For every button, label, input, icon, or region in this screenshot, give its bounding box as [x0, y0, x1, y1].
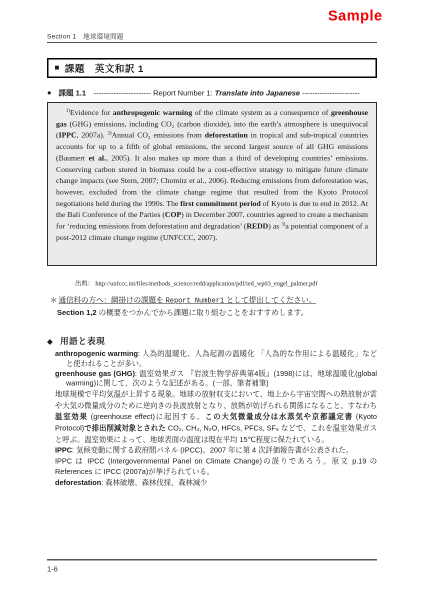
text-segment: で排出削減対象とされた — [84, 424, 166, 432]
text-segment: anthropogenic warming — [113, 109, 192, 118]
text-segment: of the climate system as a consequence o… — [192, 109, 331, 118]
note-line-1: ＊通信科の方へ：網掛けの課題を Report Number1 として提出してくだ… — [50, 295, 377, 308]
asterisk-marker: ＊ — [50, 296, 58, 305]
text-segment: 通信科の方へ：網掛けの課題を — [59, 296, 166, 305]
term-entry-deforestation: deforestation: 森林破壊、森林伐採、森林減少 — [55, 478, 377, 489]
source-url: http://unfccc.int/files/methods_science/… — [95, 280, 317, 287]
text-segment: Section 1,2 — [57, 309, 97, 318]
term-entry-ippc-continuation: IPPC は IPCC (Intergovernmental Panel on … — [55, 456, 377, 478]
text-segment: deforestation — [55, 479, 101, 487]
text-segment: greenhouse gas (GHG) — [55, 370, 135, 378]
text-segment: ----------------------- — [300, 89, 360, 98]
text-segment: Report Number1 — [166, 297, 225, 305]
diamond-bullet-icon: ◆ — [47, 338, 53, 347]
note-line-2: Section 1,2 の概要をつかんでから課題に取り組むことをおすすめします。 — [57, 307, 377, 319]
text-segment: 課題 1.1 — [59, 89, 87, 98]
assignment-label: 課題 1.1 ----------------------- Report Nu… — [59, 88, 360, 99]
circle-bullet-icon: ● — [47, 89, 52, 98]
source-line: 出典： http://unfccc.int/files/methods_scie… — [75, 279, 377, 288]
text-segment: : 気候変動に関する政府間パネル (IPCC)。2007 年に第 4 次評価報告… — [72, 447, 353, 455]
excerpt-paragraph: 1)Evidence for anthropogenic warming of … — [56, 108, 368, 244]
document-page: Sample Section 1 地球環境問題 ■ 課題 英文和訳 1 ● 課題… — [0, 0, 424, 600]
shaded-excerpt-box: 1)Evidence for anthropogenic warming of … — [47, 102, 377, 266]
terms-list: anthropogenic warming: 人為的温暖化、人為起源の温暖化 「… — [55, 350, 377, 489]
text-segment: : 森林破壊、森林伐採、森林減少 — [101, 479, 207, 487]
sample-watermark: Sample — [328, 8, 383, 25]
dictionary-quote: 地球規模で平均気温が上昇する現象。地球の放射収支において、地上から宇宙空間への熱… — [55, 389, 377, 445]
text-segment: IPPC は IPCC (Intergovernmental Panel on … — [55, 457, 377, 476]
text-segment: , 2007a). — [77, 131, 108, 140]
text-segment: Translate into Japanese — [215, 89, 300, 98]
text-segment: COP — [165, 211, 181, 220]
square-bullet-icon: ■ — [55, 64, 60, 73]
assignment-title: 課題 英文和訳 1 — [65, 61, 144, 75]
text-segment: 地球規模で平均気温が上昇する現象。地球の放射収支において、地上から宇宙空間への熱… — [55, 391, 377, 410]
term-entry-ippc: IPPC: 気候変動に関する政府間パネル (IPCC)。2007 年に第 4 次… — [55, 446, 377, 457]
terms-heading: ◆ 用語と表現 — [47, 334, 105, 347]
instruction-note: ＊通信科の方へ：網掛けの課題を Report Number1 として提出してくだ… — [50, 295, 377, 319]
text-segment: ) as — [268, 222, 281, 231]
assignment-title-box: ■ 課題 英文和訳 1 — [47, 58, 377, 78]
assignment-line: ● 課題 1.1 ----------------------- Report … — [47, 88, 377, 99]
terms-heading-label: 用語と表現 — [60, 337, 105, 347]
text-segment: first commitment period — [180, 199, 260, 208]
text-segment: ----------------------- Report Number 1: — [86, 89, 215, 98]
text-segment: として提出してください。 — [224, 296, 316, 305]
text-segment: Evidence for — [70, 109, 113, 118]
source-label: 出典： — [75, 280, 94, 287]
page-number: 1-6 — [47, 565, 58, 574]
text-segment: anthropogenic warming — [55, 350, 138, 358]
header-rule — [47, 42, 377, 43]
text-segment: REDD — [246, 222, 268, 231]
text-segment: IPPC — [55, 447, 72, 455]
text-segment: deforestation — [205, 131, 248, 140]
note-line-1-text: 通信科の方へ：網掛けの課題を Report Number1 として提出してくださ… — [59, 296, 317, 305]
section-header: Section 1 地球環境問題 — [47, 31, 377, 41]
term-entry-greenhouse-gas: greenhouse gas (GHG): 温室効果ガス 『岩波生物学辞典第4版… — [55, 369, 377, 389]
text-segment: IPPC — [59, 131, 77, 140]
text-segment: 温室効果 — [55, 413, 88, 421]
text-segment: この大気微量成分は水蒸気や京都議定書 — [205, 413, 353, 421]
text-segment: Annual CO₂ emissions from — [112, 131, 205, 140]
term-entry-anthropogenic-warming: anthropogenic warming: 人為的温暖化、人為起源の温暖化 「… — [55, 350, 377, 370]
footer-rule — [47, 559, 377, 561]
text-segment: の概要をつかんでから課題に取り組むことをおすすめします。 — [97, 309, 309, 318]
text-segment: (greenhouse effect)に起因する。 — [88, 413, 205, 421]
text-segment: et al. — [89, 154, 106, 163]
